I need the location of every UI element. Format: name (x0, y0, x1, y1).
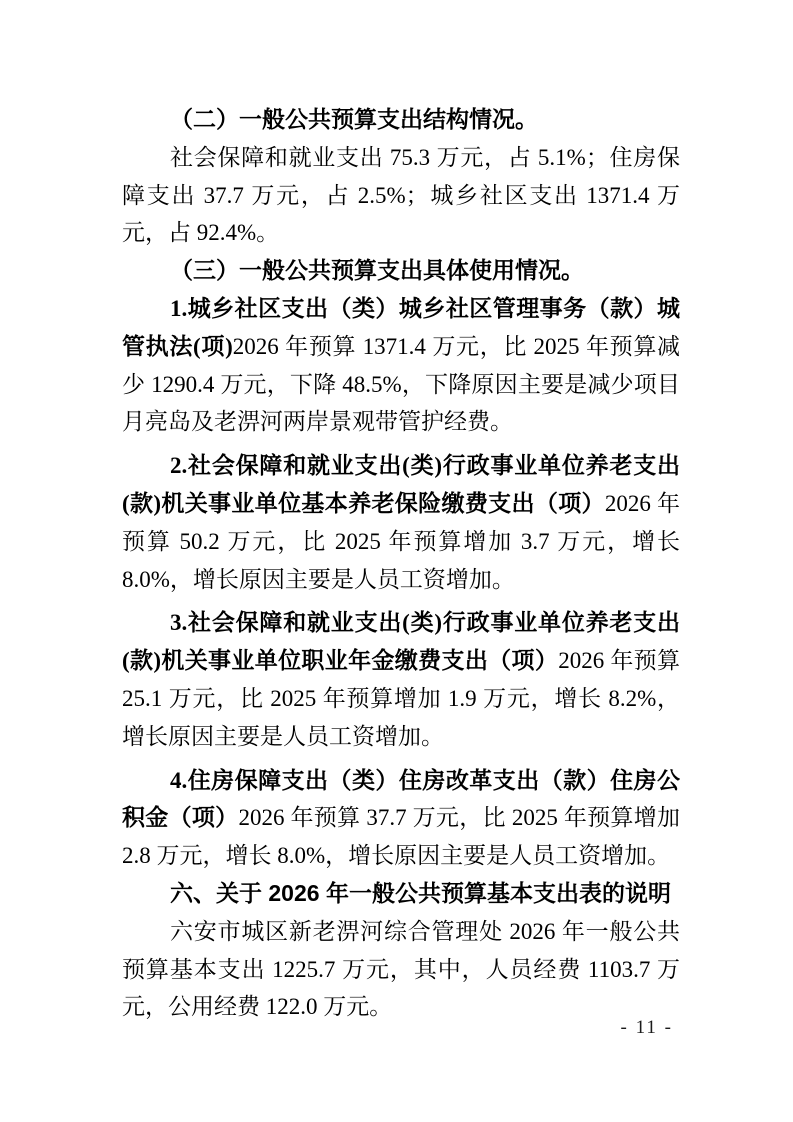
para-expenditure-structure: 社会保障和就业支出 75.3 万元，占 5.1%；住房保障支出 37.7 万元，… (122, 139, 680, 252)
document-page: （二）一般公共预算支出结构情况。社会保障和就业支出 75.3 万元，占 5.1%… (0, 0, 793, 1122)
page-number: - 11 - (621, 1017, 673, 1039)
text-segment-bold: 六、关于 2026 年一般公共预算基本支出表的说明 (170, 880, 671, 906)
text-segment-bold: 2.社会保障和就业支出(类)行政事业单位养老支出(款)机关事业单位基本养老保险缴… (122, 453, 680, 516)
item-1-urban-rural-community: 1.城乡社区支出（类）城乡社区管理事务（款）城管执法(项)2026 年预算 13… (122, 290, 680, 441)
item-4-housing-fund: 4.住房保障支出（类）住房改革支出（款）住房公积金（项）2026 年预算 37.… (122, 762, 680, 875)
section-heading-3: （三）一般公共预算支出具体使用情况。 (122, 252, 680, 290)
para-basic-expenditure: 六安市城区新老淠河综合管理处 2026 年一般公共预算基本支出 1225.7 万… (122, 913, 680, 1026)
text-segment: 社会保障和就业支出 75.3 万元，占 5.1%；住房保障支出 37.7 万元，… (122, 145, 680, 246)
text-segment: 六安市城区新老淠河综合管理处 2026 年一般公共预算基本支出 1225.7 万… (122, 919, 680, 1020)
item-2-basic-pension: 2.社会保障和就业支出(类)行政事业单位养老支出(款)机关事业单位基本养老保险缴… (122, 447, 680, 598)
section-heading-2: （二）一般公共预算支出结构情况。 (122, 101, 680, 139)
section-heading-6: 六、关于 2026 年一般公共预算基本支出表的说明 (122, 875, 680, 913)
text-segment-bold: （三）一般公共预算支出具体使用情况。 (170, 258, 584, 283)
item-3-occupational-annuity: 3.社会保障和就业支出(类)行政事业单位养老支出(款)机关事业单位职业年金缴费支… (122, 604, 680, 755)
document-content: （二）一般公共预算支出结构情况。社会保障和就业支出 75.3 万元，占 5.1%… (122, 101, 680, 1026)
text-segment-bold: （二）一般公共预算支出结构情况。 (170, 107, 538, 132)
